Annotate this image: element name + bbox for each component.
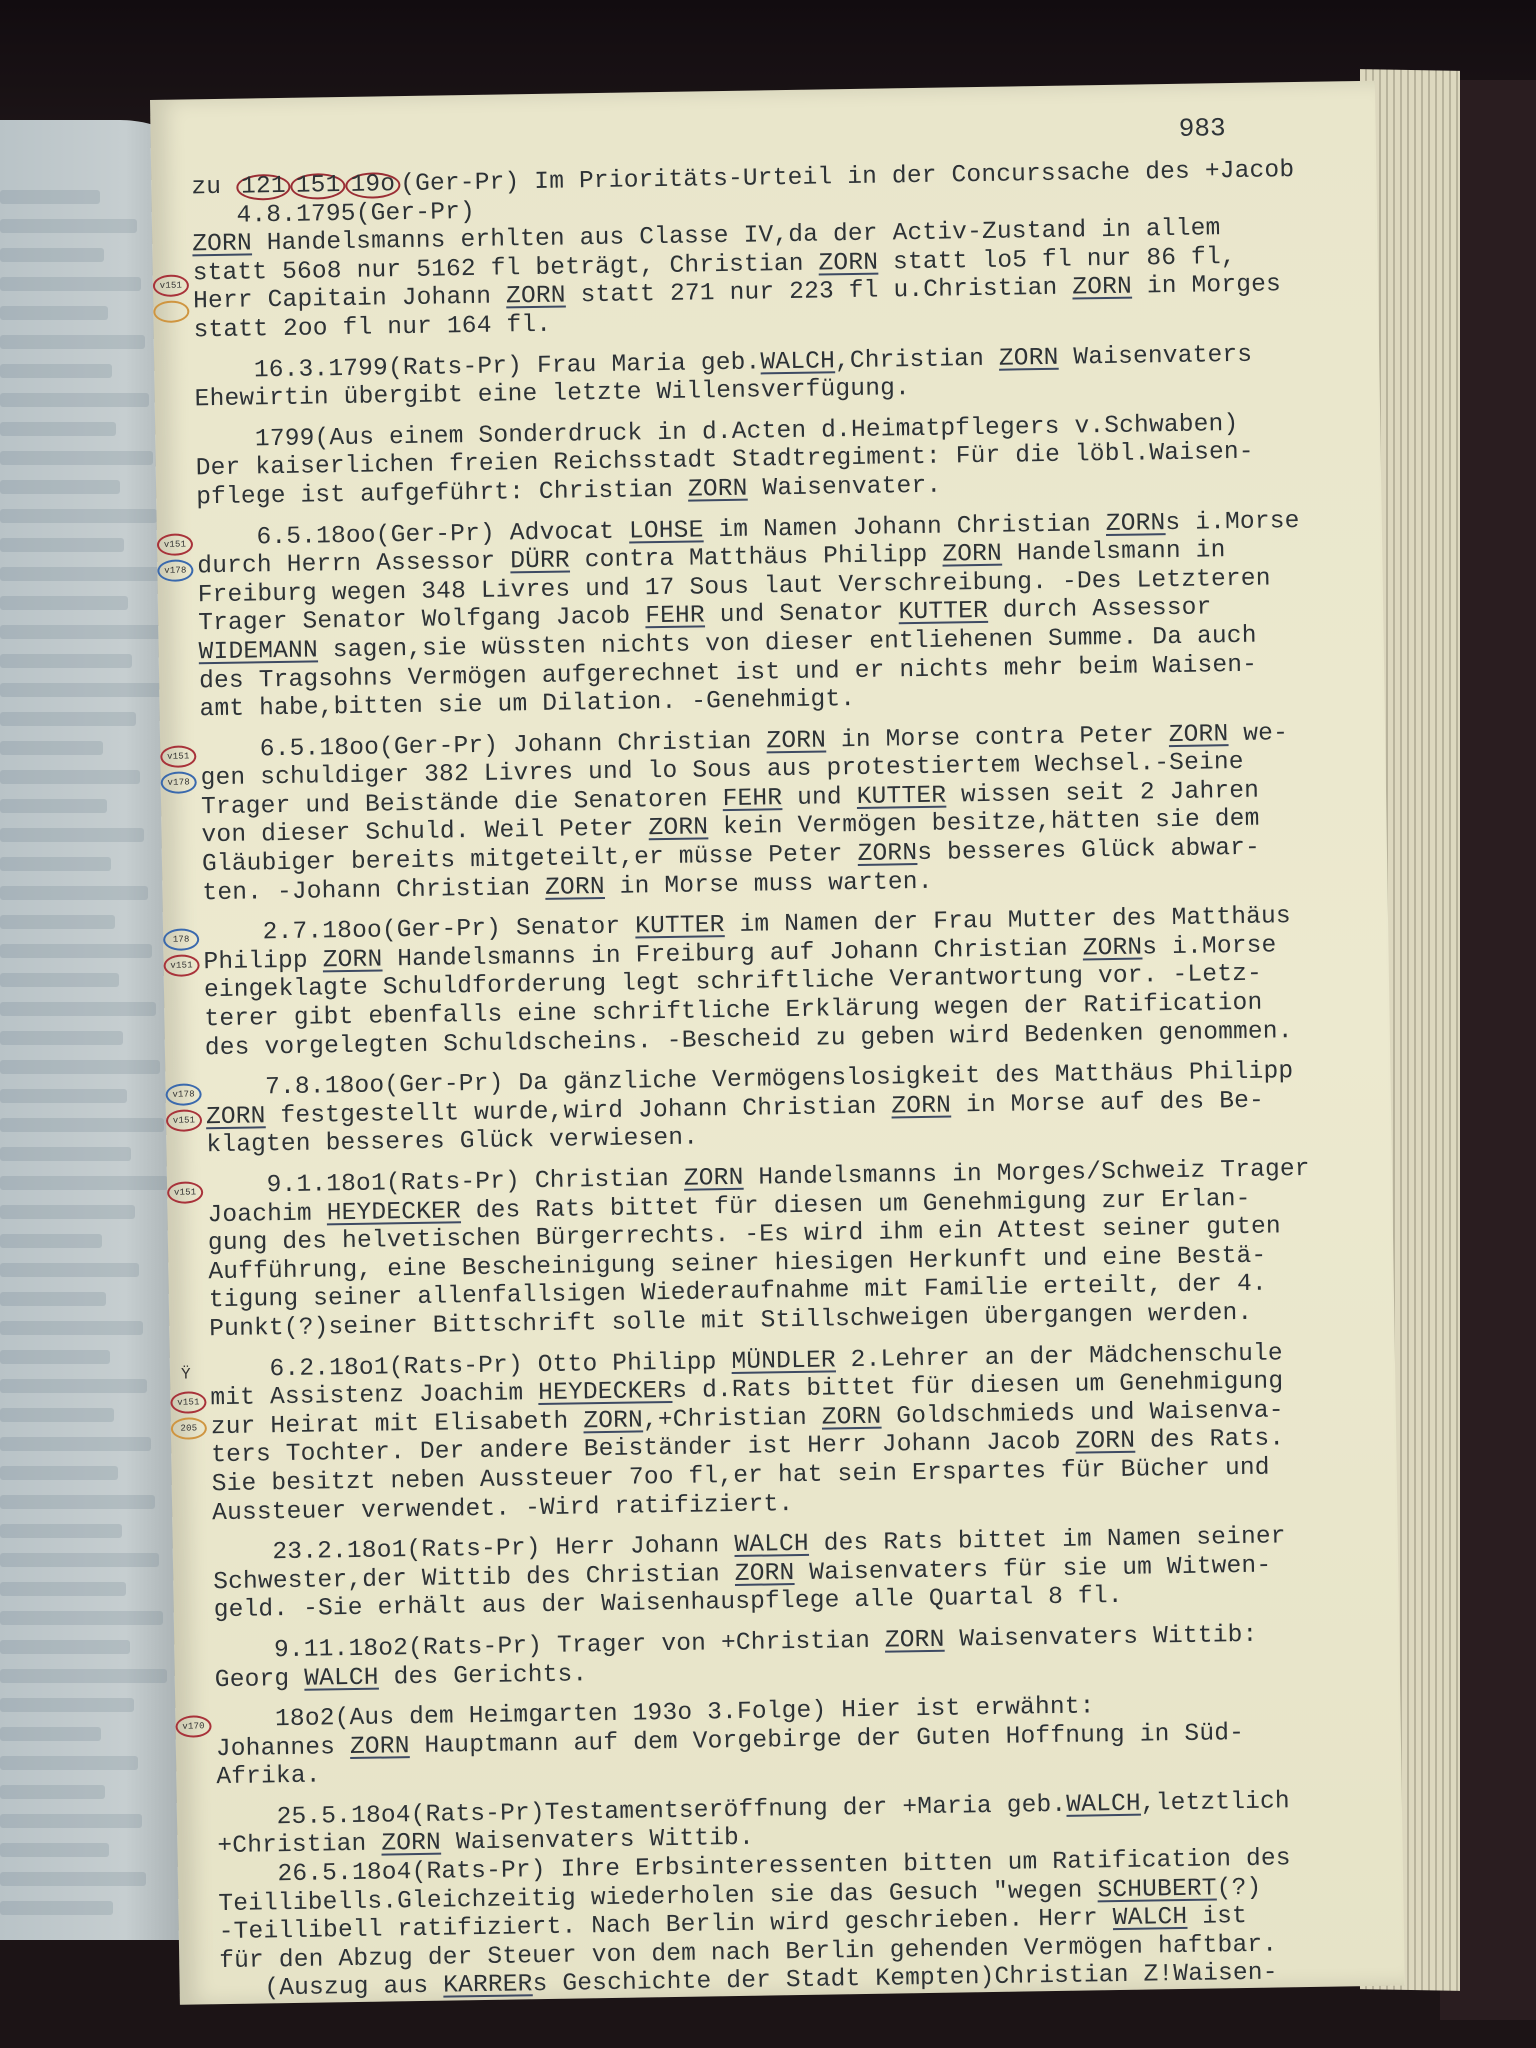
facing-page-text [0, 1350, 110, 1364]
facing-page-text [0, 451, 153, 465]
facing-page-text [0, 393, 149, 407]
margin-annotations: v151 [151, 174, 189, 175]
facing-page-text [0, 1408, 114, 1422]
margin-reference-mark: v151 [167, 1181, 203, 1204]
facing-page-text [0, 1843, 109, 1857]
facing-page-text [0, 1872, 146, 1886]
facing-page-text [0, 712, 136, 726]
facing-page-text [0, 1524, 122, 1538]
margin-reference-mark: v170 [175, 1715, 211, 1738]
margin-reference-mark: v151 [170, 1391, 206, 1414]
margin-annotations: Ϋv151205 [170, 1357, 208, 1358]
facing-page-text [0, 1495, 155, 1509]
document-entry: 16.3.1799(Rats-Pr) Frau Maria geb.WALCH,… [194, 340, 1355, 415]
facing-page-text [0, 538, 124, 552]
facing-page-text [0, 248, 104, 262]
facing-page-text [0, 654, 132, 668]
facing-page-text [0, 1205, 135, 1219]
facing-page-text [0, 1002, 156, 1016]
margin-reference-mark: v151 [160, 745, 196, 768]
facing-page-text [0, 1089, 127, 1103]
facing-page-text [0, 480, 120, 494]
margin-reference-mark: Ϋ [170, 1365, 202, 1384]
margin-reference-mark: 178 [163, 929, 199, 952]
facing-page-text [0, 1785, 105, 1799]
facing-page-text [0, 219, 137, 233]
document-entry: v151v178 6.5.18oo(Ger-Pr) Johann Christi… [200, 719, 1363, 909]
facing-page-text [0, 335, 145, 349]
facing-page-text [0, 1727, 101, 1741]
left-page-edge [0, 120, 180, 1940]
facing-page-text [0, 973, 119, 987]
facing-page-text [0, 915, 115, 929]
facing-page-text [0, 1147, 131, 1161]
document-entry: 178v151 2.7.18oo(Ger-Pr) Senator KUTTER … [203, 902, 1365, 1063]
facing-page-text [0, 1814, 142, 1828]
facing-page-text [0, 683, 169, 697]
document-page: 983 v151zu 12115119o(Ger-Pr) Im Prioritä… [150, 81, 1405, 2005]
facing-page-text [0, 567, 161, 581]
facing-page-text [0, 1292, 106, 1306]
facing-page-text [0, 1698, 134, 1712]
facing-page-text [0, 1031, 123, 1045]
facing-page-text [0, 1263, 139, 1277]
circled-reference: 151 [291, 173, 346, 200]
facing-page-text [0, 944, 152, 958]
facing-page-text [0, 770, 140, 784]
facing-page-text [0, 1901, 113, 1915]
margin-reference-mark: v151 [157, 533, 193, 556]
facing-page-text [0, 1640, 130, 1654]
facing-page-text [0, 1379, 147, 1393]
margin-reference-mark: 205 [171, 1417, 207, 1440]
margin-reference-mark: v178 [157, 559, 193, 582]
facing-page-text [0, 799, 107, 813]
page-content: v151zu 12115119o(Ger-Pr) Im Prioritäts-U… [191, 156, 1380, 2017]
facing-page-text [0, 828, 144, 842]
circled-reference: 121 [236, 174, 291, 201]
margin-annotations: v178v151 [165, 1076, 203, 1077]
document-entry: v170 18o2(Aus dem Heimgarten 193o 3.Folg… [215, 1689, 1376, 1793]
facing-page-text [0, 1437, 151, 1451]
margin-annotations: v151 [167, 1173, 205, 1174]
facing-page-text [0, 306, 108, 320]
facing-page-text [0, 509, 157, 523]
facing-page-text [0, 1553, 159, 1567]
facing-page-text [0, 1669, 167, 1683]
facing-page-text [0, 364, 112, 378]
facing-page-text [0, 1611, 163, 1625]
margin-reference-mark: v151 [163, 955, 199, 978]
margin-reference-mark: v178 [161, 771, 197, 794]
document-entry: v151 9.1.18o1(Rats-Pr) Christian ZORN Ha… [207, 1155, 1370, 1345]
document-entry: v151v178 6.5.18oo(Ger-Pr) Advocat LOHSE … [197, 507, 1360, 725]
margin-annotations: v151v178 [160, 737, 198, 738]
facing-page-text [0, 1234, 102, 1248]
facing-page-text [0, 1321, 143, 1335]
margin-reference-mark: v178 [165, 1084, 201, 1107]
facing-page-text [0, 741, 103, 755]
facing-page-text [0, 1060, 160, 1074]
margin-reference-mark: v151 [166, 1110, 202, 1133]
document-entry: 9.11.18o2(Rats-Pr) Trager von +Christian… [214, 1620, 1375, 1695]
document-entry: 1799(Aus einem Sonderdruck in d.Acten d.… [195, 409, 1356, 513]
margin-annotations: v170 [175, 1707, 213, 1708]
facing-page-text [0, 1176, 168, 1190]
facing-page-text [0, 596, 128, 610]
facing-page-text [0, 857, 111, 871]
page-number: 983 [1179, 113, 1226, 144]
facing-page-text [0, 1756, 138, 1770]
margin-annotations: 178v151 [163, 921, 201, 922]
facing-page-text [0, 277, 141, 291]
document-entry: v178v151 7.8.18oo(Ger-Pr) Da gänzliche V… [205, 1057, 1366, 1161]
document-entry: v151zu 12115119o(Ger-Pr) Im Prioritäts-U… [191, 156, 1354, 346]
document-entry: 23.2.18o1(Rats-Pr) Herr Johann WALCH des… [213, 1522, 1374, 1626]
facing-page-text [0, 1582, 126, 1596]
margin-annotations: v151v178 [157, 525, 195, 526]
facing-page-text [0, 1466, 118, 1480]
facing-page-text [0, 190, 100, 204]
facing-page-text [0, 886, 148, 900]
margin-reference-mark [153, 300, 189, 323]
document-entry: Ϋv151205 6.2.18o1(Rats-Pr) Otto Philipp … [210, 1339, 1373, 1529]
document-entry: 25.5.18o4(Rats-Pr)Testamentseröffnung de… [217, 1787, 1380, 2005]
circled-reference: 19o [345, 172, 400, 199]
facing-page-text [0, 422, 116, 436]
facing-page-text [0, 625, 165, 639]
facing-page-text [0, 1118, 164, 1132]
margin-reference-mark: v151 [153, 274, 189, 297]
